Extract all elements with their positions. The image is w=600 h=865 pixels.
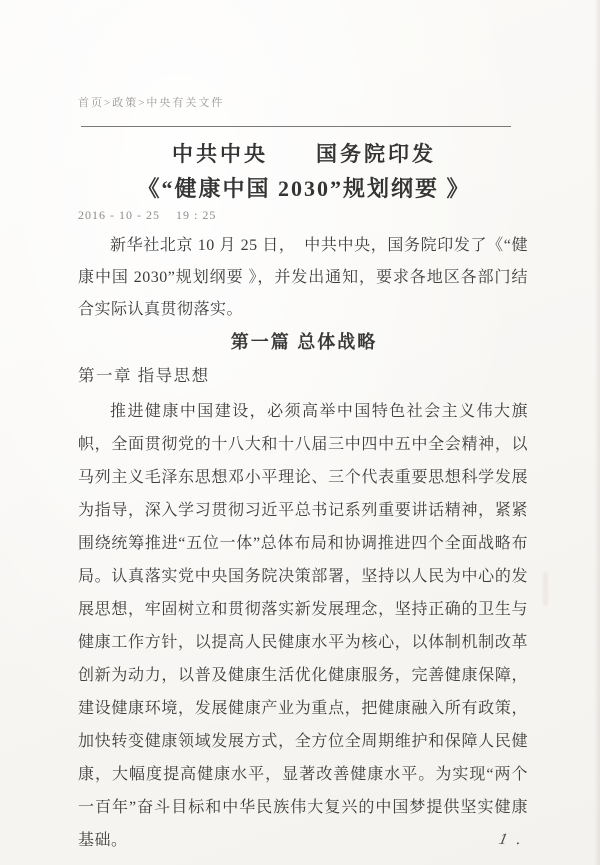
intro-paragraph: 新华社北京 10 月 25 日， 中共中央，国务院印发了《“健康中国 2030”… (78, 230, 528, 326)
document-title-plan-name: 《“健康中国 2030”规划纲要 》 (78, 173, 530, 205)
publish-datetime: 2016 - 10 - 25 19 : 25 (78, 208, 530, 223)
body-paragraph: 推进健康中国建设，必须高举中国特色社会主义伟大旗帜，全面贯彻党的十八大和十八届三… (78, 395, 528, 857)
header-divider (81, 126, 511, 127)
scan-smudge (543, 572, 548, 606)
document-title-issuer: 中共中央 国务院印发 (78, 139, 530, 169)
handwritten-page-number: 1 . (497, 831, 526, 849)
breadcrumb[interactable]: 首页>政策>中央有关文件 (78, 94, 530, 110)
section-title: 第一篇 总体战略 (78, 329, 530, 355)
document-page: 首页>政策>中央有关文件 中共中央 国务院印发 《“健康中国 2030”规划纲要… (0, 0, 600, 865)
scan-edge-shadow (594, 0, 600, 865)
chapter-title: 第一章 指导思想 (78, 364, 530, 388)
